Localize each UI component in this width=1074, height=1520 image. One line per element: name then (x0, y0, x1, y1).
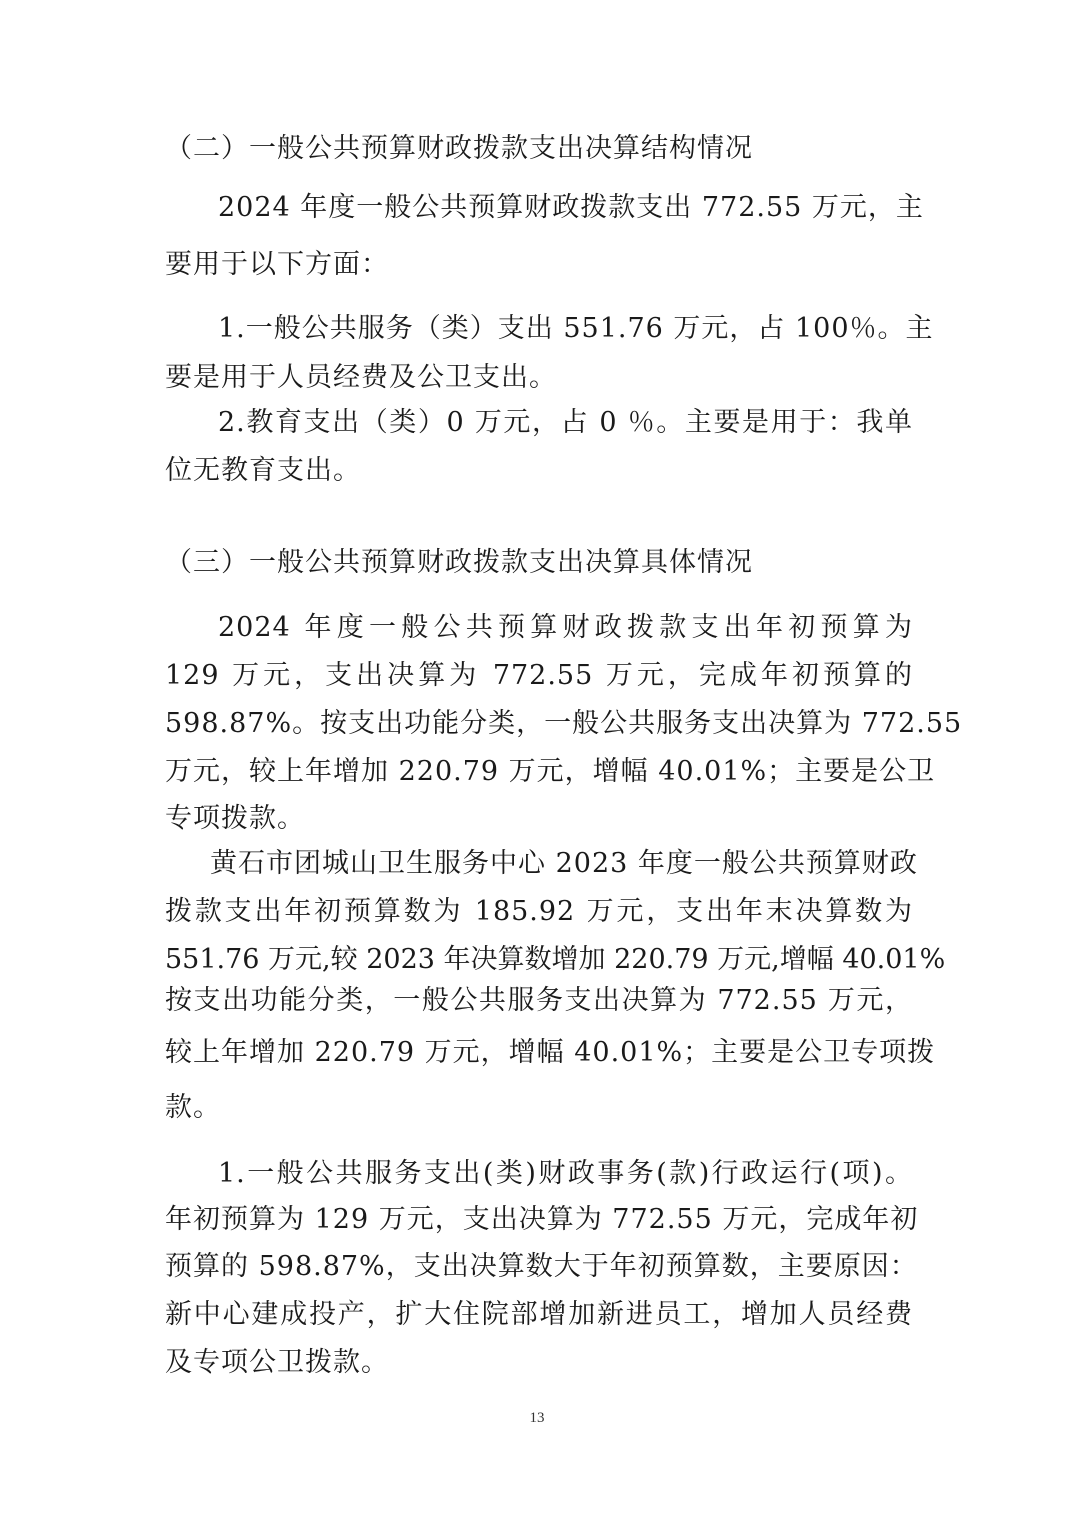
paragraph-line: 2024 年度一般公共预算财政拨款支出年初预算为 (218, 610, 913, 646)
paragraph-line: 较上年增加 220.79 万元，增幅 40.01%；主要是公卫专项拨 (165, 1035, 913, 1071)
paragraph-line: 拨款支出年初预算数为 185.92 万元，支出年末决算数为 (165, 894, 913, 930)
list-item-line: 2.教育支出（类）0 万元，占 0 ％。主要是用于：我单 (218, 405, 913, 441)
paragraph-line: 按支出功能分类，一般公共服务支出决算为 772.55 万元， (165, 983, 913, 1019)
paragraph-line: 年初预算为 129 万元，支出决算为 772.55 万元，完成年初 (165, 1202, 913, 1238)
paragraph-line: 1.一般公共服务支出(类)财政事务(款)行政运行(项)。 (218, 1156, 913, 1192)
paragraph-line: 黄石市团城山卫生服务中心 2023 年度一般公共预算财政 (210, 846, 913, 882)
paragraph-line: 要用于以下方面： (165, 247, 913, 283)
paragraph-line: 专项拨款。 (165, 801, 913, 837)
paragraph-line: 预算的 598.87%，支出决算数大于年初预算数，主要原因： (165, 1249, 913, 1285)
paragraph-line: 129 万元，支出决算为 772.55 万元，完成年初预算的 (165, 658, 913, 694)
list-item-line: 要是用于人员经费及公卫支出。 (165, 360, 913, 396)
list-item-line: 位无教育支出。 (165, 453, 913, 489)
section-heading-3: （三）一般公共预算财政拨款支出决算具体情况 (165, 545, 753, 581)
paragraph-line: 新中心建成投产，扩大住院部增加新进员工，增加人员经费 (165, 1297, 913, 1333)
paragraph-line: 2024 年度一般公共预算财政拨款支出 772.55 万元，主 (218, 190, 913, 226)
list-item-line: 1.一般公共服务（类）支出 551.76 万元，占 100％。主 (218, 311, 913, 347)
paragraph-line: 款。 (165, 1090, 913, 1126)
document-page: （二）一般公共预算财政拨款支出决算结构情况 2024 年度一般公共预算财政拨款支… (0, 0, 1074, 1520)
paragraph-line: 551.76 万元,较 2023 年决算数增加 220.79 万元,增幅 40.… (165, 942, 913, 978)
paragraph-line: 及专项公卫拨款。 (165, 1345, 913, 1381)
paragraph-line: 万元，较上年增加 220.79 万元，增幅 40.01%；主要是公卫 (165, 754, 913, 790)
section-heading-2: （二）一般公共预算财政拨款支出决算结构情况 (165, 131, 753, 167)
page-number: 13 (0, 1410, 1074, 1427)
paragraph-line: 598.87%。按支出功能分类，一般公共服务支出决算为 772.55 (165, 706, 913, 742)
